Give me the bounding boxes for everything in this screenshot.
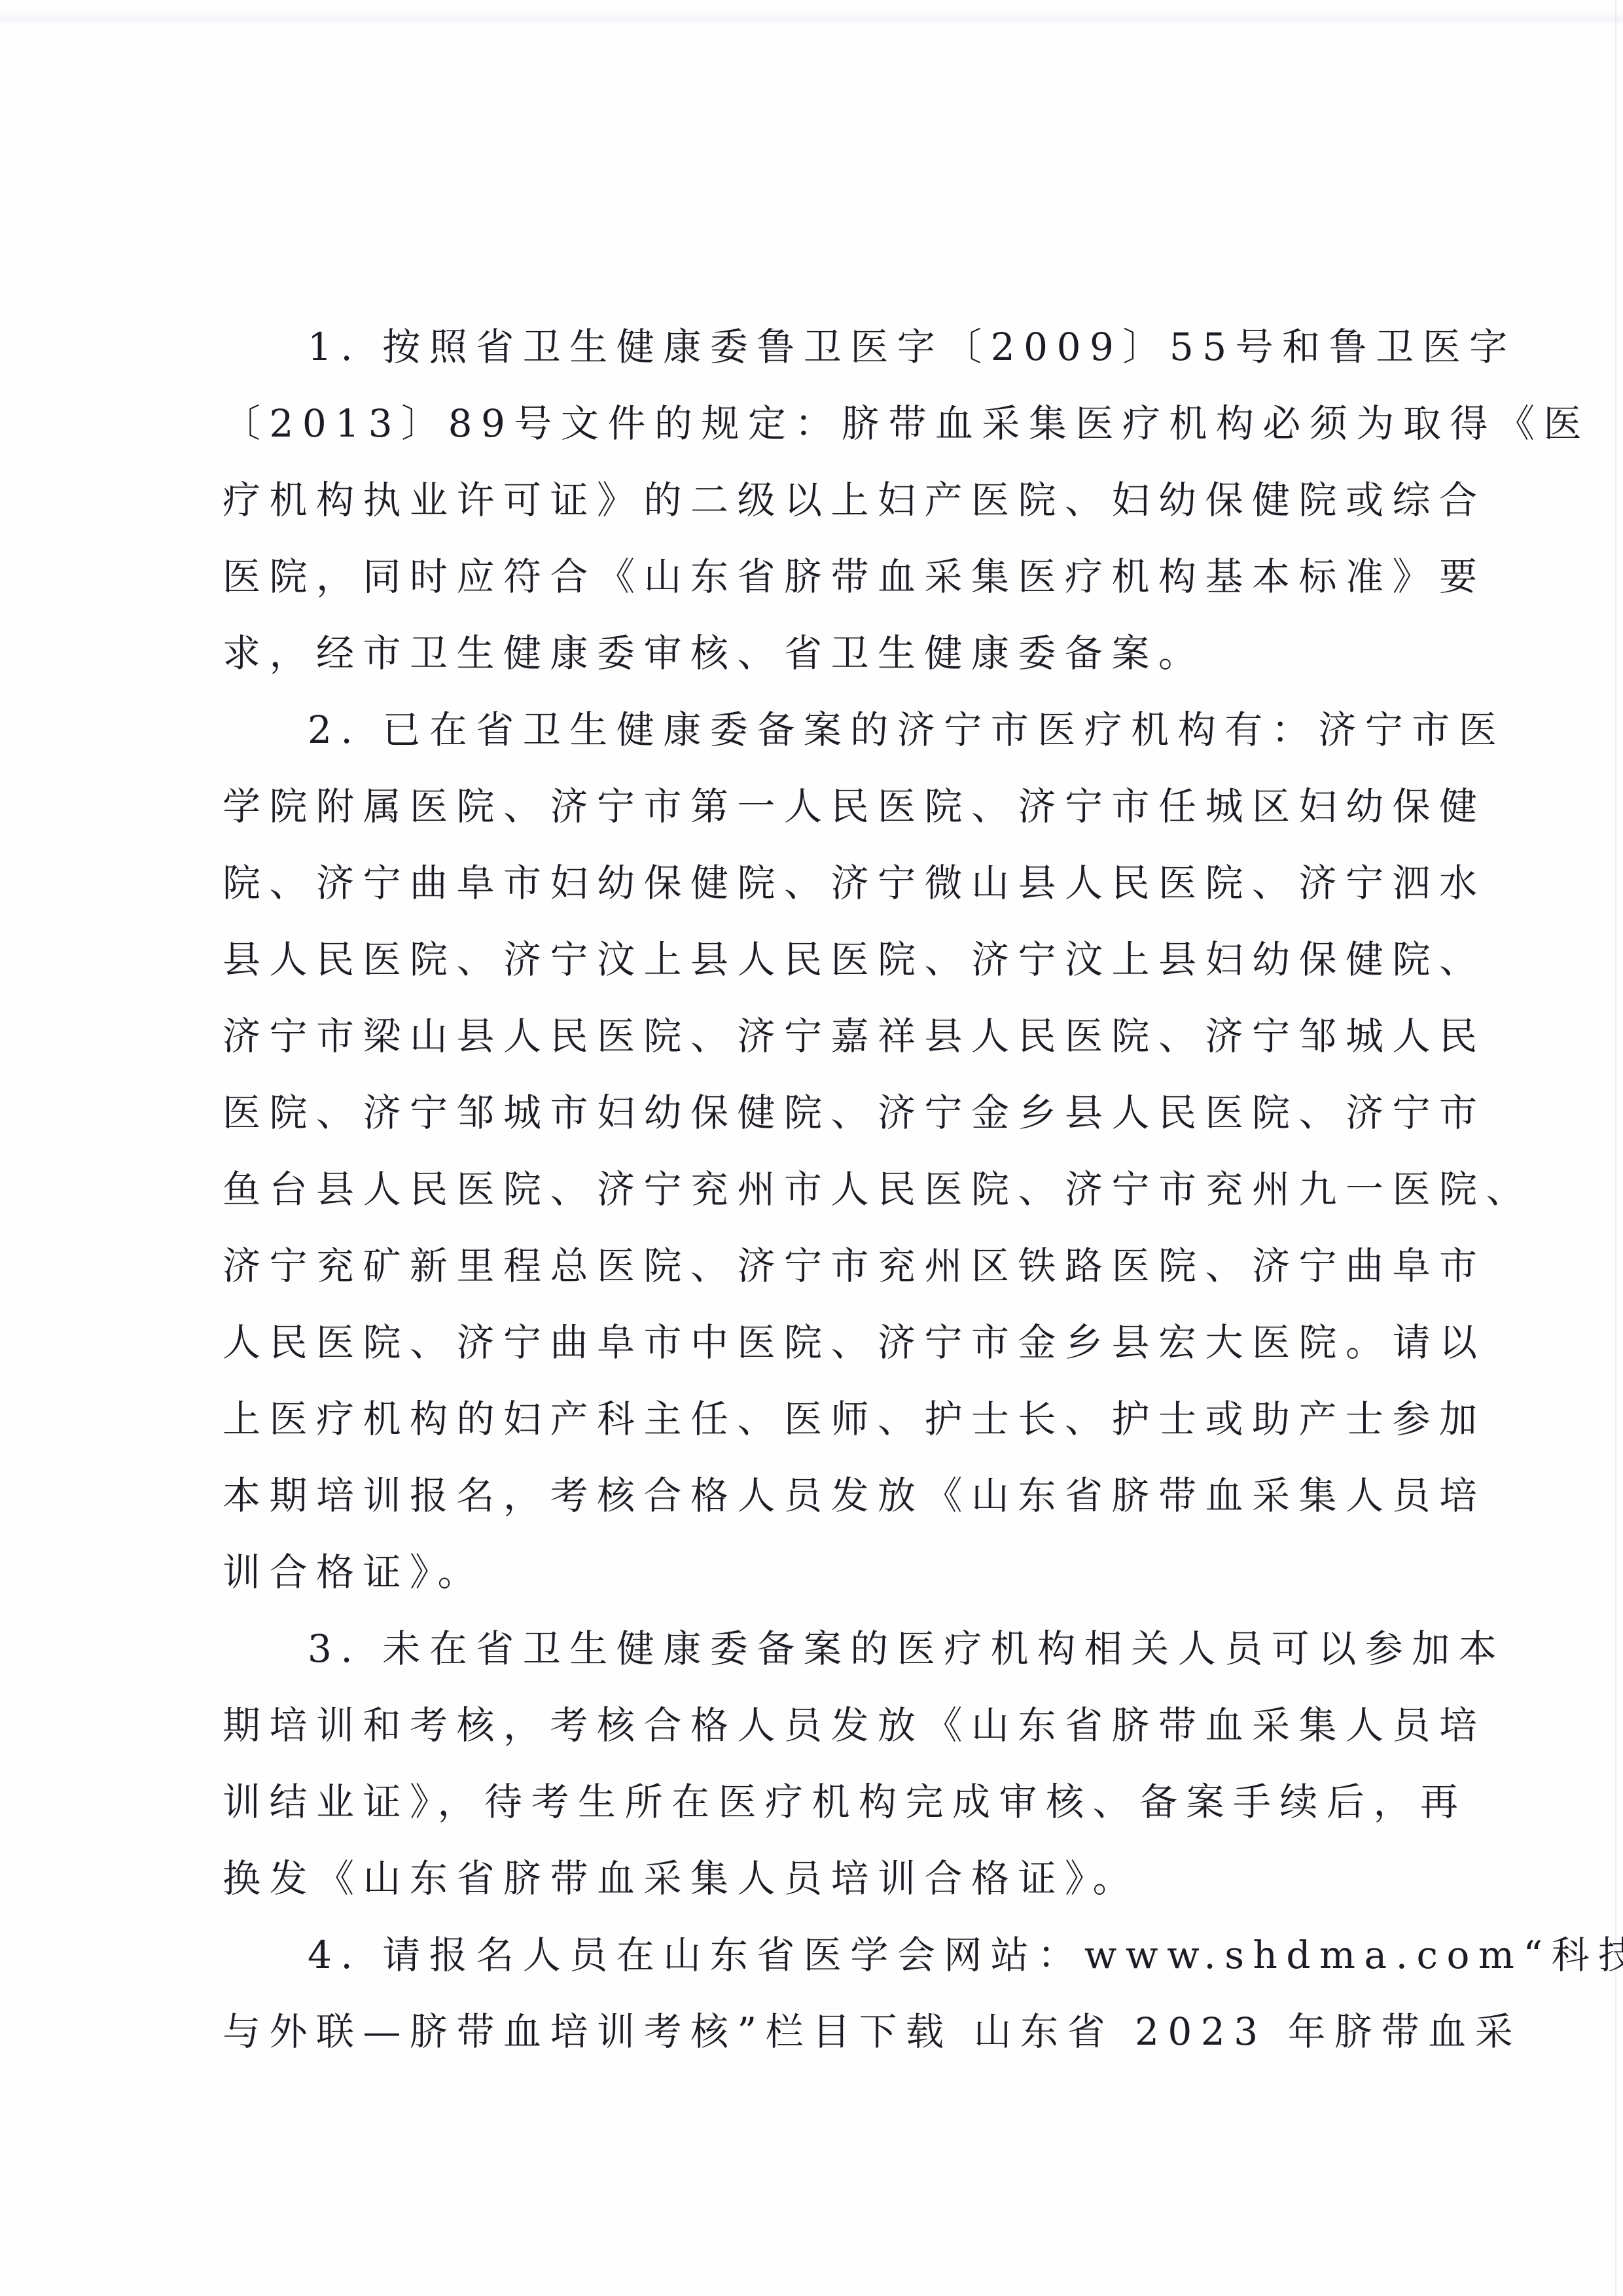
text-line: 期培训和考核，考核合格人员发放《山东省脐带血采集人员培 bbox=[223, 1699, 1407, 1776]
document-page: 1. 按照省卫生健康委鲁卫医字〔2009〕55号和鲁卫医字 〔2013〕89号文… bbox=[0, 0, 1623, 2296]
text-line: 1. 按照省卫生健康委鲁卫医字〔2009〕55号和鲁卫医字 bbox=[223, 321, 1407, 397]
text-line: 学院附属医院、济宁市第一人民医院、济宁市任城区妇幼保健 bbox=[223, 780, 1407, 857]
text-line: 人民医院、济宁曲阜市中医院、济宁市金乡县宏大医院。请以 bbox=[223, 1316, 1407, 1393]
text-line: 医院，同时应符合《山东省脐带血采集医疗机构基本标准》要 bbox=[223, 550, 1407, 627]
text-line: 与外联—脐带血培训考核”栏目下载 山东省 2023 年脐带血采 bbox=[223, 2005, 1407, 2082]
text-line: 换发《山东省脐带血采集人员培训合格证》。 bbox=[223, 1852, 1407, 1929]
text-line: 求，经市卫生健康委审核、省卫生健康委备案。 bbox=[223, 627, 1407, 704]
scan-artifact-top bbox=[0, 12, 1623, 26]
text-line: 训合格证》。 bbox=[223, 1546, 1407, 1623]
text-line: 济宁兖矿新里程总医院、济宁市兖州区铁路医院、济宁曲阜市 bbox=[223, 1240, 1407, 1316]
paragraph-2: 2. 已在省卫生健康委备案的济宁市医疗机构有：济宁市医 学院附属医院、济宁市第一… bbox=[223, 704, 1407, 1623]
text-line: 训结业证》，待考生所在医疗机构完成审核、备案手续后，再 bbox=[223, 1776, 1407, 1852]
paragraph-1: 1. 按照省卫生健康委鲁卫医字〔2009〕55号和鲁卫医字 〔2013〕89号文… bbox=[223, 321, 1407, 704]
text-line: 3. 未在省卫生健康委备案的医疗机构相关人员可以参加本 bbox=[223, 1623, 1407, 1699]
text-line: 医院、济宁邹城市妇幼保健院、济宁金乡县人民医院、济宁市 bbox=[223, 1086, 1407, 1163]
text-line: 本期培训报名，考核合格人员发放《山东省脐带血采集人员培 bbox=[223, 1469, 1407, 1546]
text-line: 〔2013〕89号文件的规定：脐带血采集医疗机构必须为取得《医 bbox=[223, 397, 1407, 474]
text-line: 鱼台县人民医院、济宁兖州市人民医院、济宁市兖州九一医院、 bbox=[223, 1163, 1407, 1240]
text-line: 院、济宁曲阜市妇幼保健院、济宁微山县人民医院、济宁泗水 bbox=[223, 857, 1407, 933]
text-line: 济宁市梁山县人民医院、济宁嘉祥县人民医院、济宁邹城人民 bbox=[223, 1010, 1407, 1086]
text-line: 上医疗机构的妇产科主任、医师、护士长、护士或助产士参加 bbox=[223, 1393, 1407, 1469]
text-line: 4. 请报名人员在山东省医学会网站：www.shdma.com“科技 bbox=[223, 1929, 1407, 2005]
text-line: 疗机构执业许可证》的二级以上妇产医院、妇幼保健院或综合 bbox=[223, 474, 1407, 550]
document-body: 1. 按照省卫生健康委鲁卫医字〔2009〕55号和鲁卫医字 〔2013〕89号文… bbox=[223, 321, 1407, 2082]
paragraph-4: 4. 请报名人员在山东省医学会网站：www.shdma.com“科技 与外联—脐… bbox=[223, 1929, 1407, 2082]
paragraph-3: 3. 未在省卫生健康委备案的医疗机构相关人员可以参加本 期培训和考核，考核合格人… bbox=[223, 1623, 1407, 1929]
text-line: 2. 已在省卫生健康委备案的济宁市医疗机构有：济宁市医 bbox=[223, 704, 1407, 780]
text-line: 县人民医院、济宁汶上县人民医院、济宁汶上县妇幼保健院、 bbox=[223, 933, 1407, 1010]
